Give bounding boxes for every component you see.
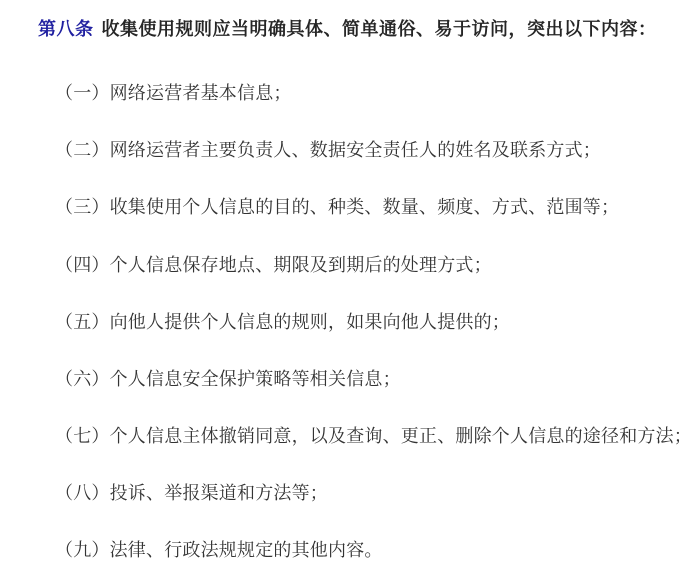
list-item: （七）个人信息主体撤销同意，以及查询、更正、删除个人信息的途径和方法； bbox=[55, 425, 692, 447]
list-item: （四）个人信息保存地点、期限及到期后的处理方式； bbox=[55, 254, 492, 276]
list-item: （二）网络运营者主要负责人、数据安全责任人的姓名及联系方式； bbox=[55, 139, 601, 161]
article-heading: 第八条收集使用规则应当明确具体、简单通俗、易于访问，突出以下内容： bbox=[38, 18, 657, 40]
list-item: （五）向他人提供个人信息的规则，如果向他人提供的； bbox=[55, 311, 510, 333]
article-intro-text: 收集使用规则应当明确具体、简单通俗、易于访问，突出以下内容： bbox=[102, 19, 657, 39]
list-item: （一）网络运营者基本信息； bbox=[55, 82, 292, 104]
list-item: （九）法律、行政法规规定的其他内容。 bbox=[55, 539, 383, 561]
article-number: 第八条 bbox=[38, 19, 94, 39]
list-item: （八）投诉、举报渠道和方法等； bbox=[55, 482, 328, 504]
list-item: （六）个人信息安全保护策略等相关信息； bbox=[55, 368, 401, 390]
document-page: 第八条收集使用规则应当明确具体、简单通俗、易于访问，突出以下内容： （一）网络运… bbox=[0, 0, 700, 576]
list-item: （三）收集使用个人信息的目的、种类、数量、频度、方式、范围等； bbox=[55, 196, 619, 218]
